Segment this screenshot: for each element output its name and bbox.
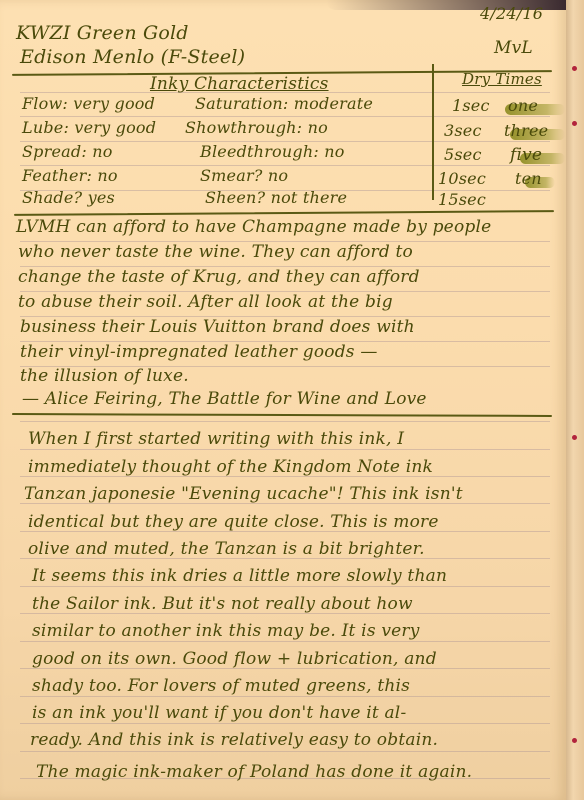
char-smear: Smear? no [200, 166, 288, 185]
char-saturation: Saturation: moderate [195, 94, 373, 113]
quote-attribution: — Alice Feiring, The Battle for Wine and… [22, 389, 427, 409]
dry-time-1: 1sec [452, 96, 490, 115]
char-bleedthrough: Bleedthrough: no [200, 142, 345, 161]
dry-word-4: ten [515, 169, 542, 188]
paragraph-line: olive and muted, the Tanzan is a bit bri… [28, 539, 425, 559]
dry-time-2: 3sec [444, 121, 482, 140]
gutter-thread-dot [572, 66, 577, 71]
dry-time-5: 15sec [438, 190, 486, 209]
gutter-thread-dot [572, 738, 577, 743]
paragraph-line: the Sailor ink. But it's not really abou… [32, 594, 413, 614]
char-flow: Flow: very good [22, 94, 155, 113]
notebook-gutter [566, 0, 584, 800]
char-showthrough: Showthrough: no [185, 118, 328, 137]
section-divider-2 [12, 413, 552, 417]
paragraph-line: good on its own. Good flow + lubrication… [32, 649, 437, 669]
paragraph-line: similar to another ink this may be. It i… [32, 621, 420, 641]
quote-line: to abuse their soil. After all look at t… [18, 292, 393, 312]
table-column-divider [432, 64, 434, 200]
paragraph-line: shady too. For lovers of muted greens, t… [32, 676, 410, 696]
quote-line: their vinyl-impregnated leather goods — [20, 342, 378, 362]
paragraph-line: is an ink you'll want if you don't have … [32, 703, 406, 723]
char-spread: Spread: no [22, 142, 113, 161]
dry-time-4: 10sec [438, 169, 486, 188]
quote-line: LVMH can afford to have Champagne made b… [16, 217, 491, 237]
quote-line: the illusion of luxe. [20, 366, 189, 386]
quote-line: business their Louis Vuitton brand does … [20, 317, 415, 337]
paragraph-line: ready. And this ink is relatively easy t… [30, 730, 438, 750]
entry-date: 4/24/16 [480, 4, 543, 23]
paragraph-line: Tanzan japonesie "Evening ucache"! This … [24, 484, 463, 504]
author-initials: MvL [494, 38, 533, 58]
dry-word-3: five [510, 145, 542, 165]
dry-time-3: 5sec [444, 145, 482, 164]
pen-name: Edison Menlo (F-Steel) [20, 46, 245, 68]
quote-line: change the taste of Krug, and they can a… [18, 267, 420, 287]
gutter-thread-dot [572, 121, 577, 126]
paragraph-line: immediately thought of the Kingdom Note … [28, 457, 433, 477]
paragraph-line: identical but they are quite close. This… [28, 512, 439, 532]
char-lube: Lube: very good [22, 118, 156, 137]
notebook-page: KWZI Green Gold Edison Menlo (F-Steel) 4… [0, 0, 566, 800]
section-divider-1 [14, 210, 554, 216]
dry-word-2: three [504, 121, 548, 140]
dry-word-1: one [508, 96, 538, 115]
char-feather: Feather: no [22, 166, 118, 185]
closing-line: The magic ink-maker of Poland has done i… [36, 762, 472, 782]
paragraph-line: It seems this ink dries a little more sl… [32, 566, 447, 586]
dry-times-title: Dry Times [462, 70, 542, 88]
char-sheen: Sheen? not there [205, 188, 347, 207]
char-shade: Shade? yes [22, 188, 115, 207]
ink-name: KWZI Green Gold [16, 22, 189, 44]
quote-line: who never taste the wine. They can affor… [18, 242, 413, 262]
inky-characteristics-title: Inky Characteristics [150, 74, 329, 94]
gutter-thread-dot [572, 435, 577, 440]
paragraph-line: When I first started writing with this i… [28, 429, 404, 449]
